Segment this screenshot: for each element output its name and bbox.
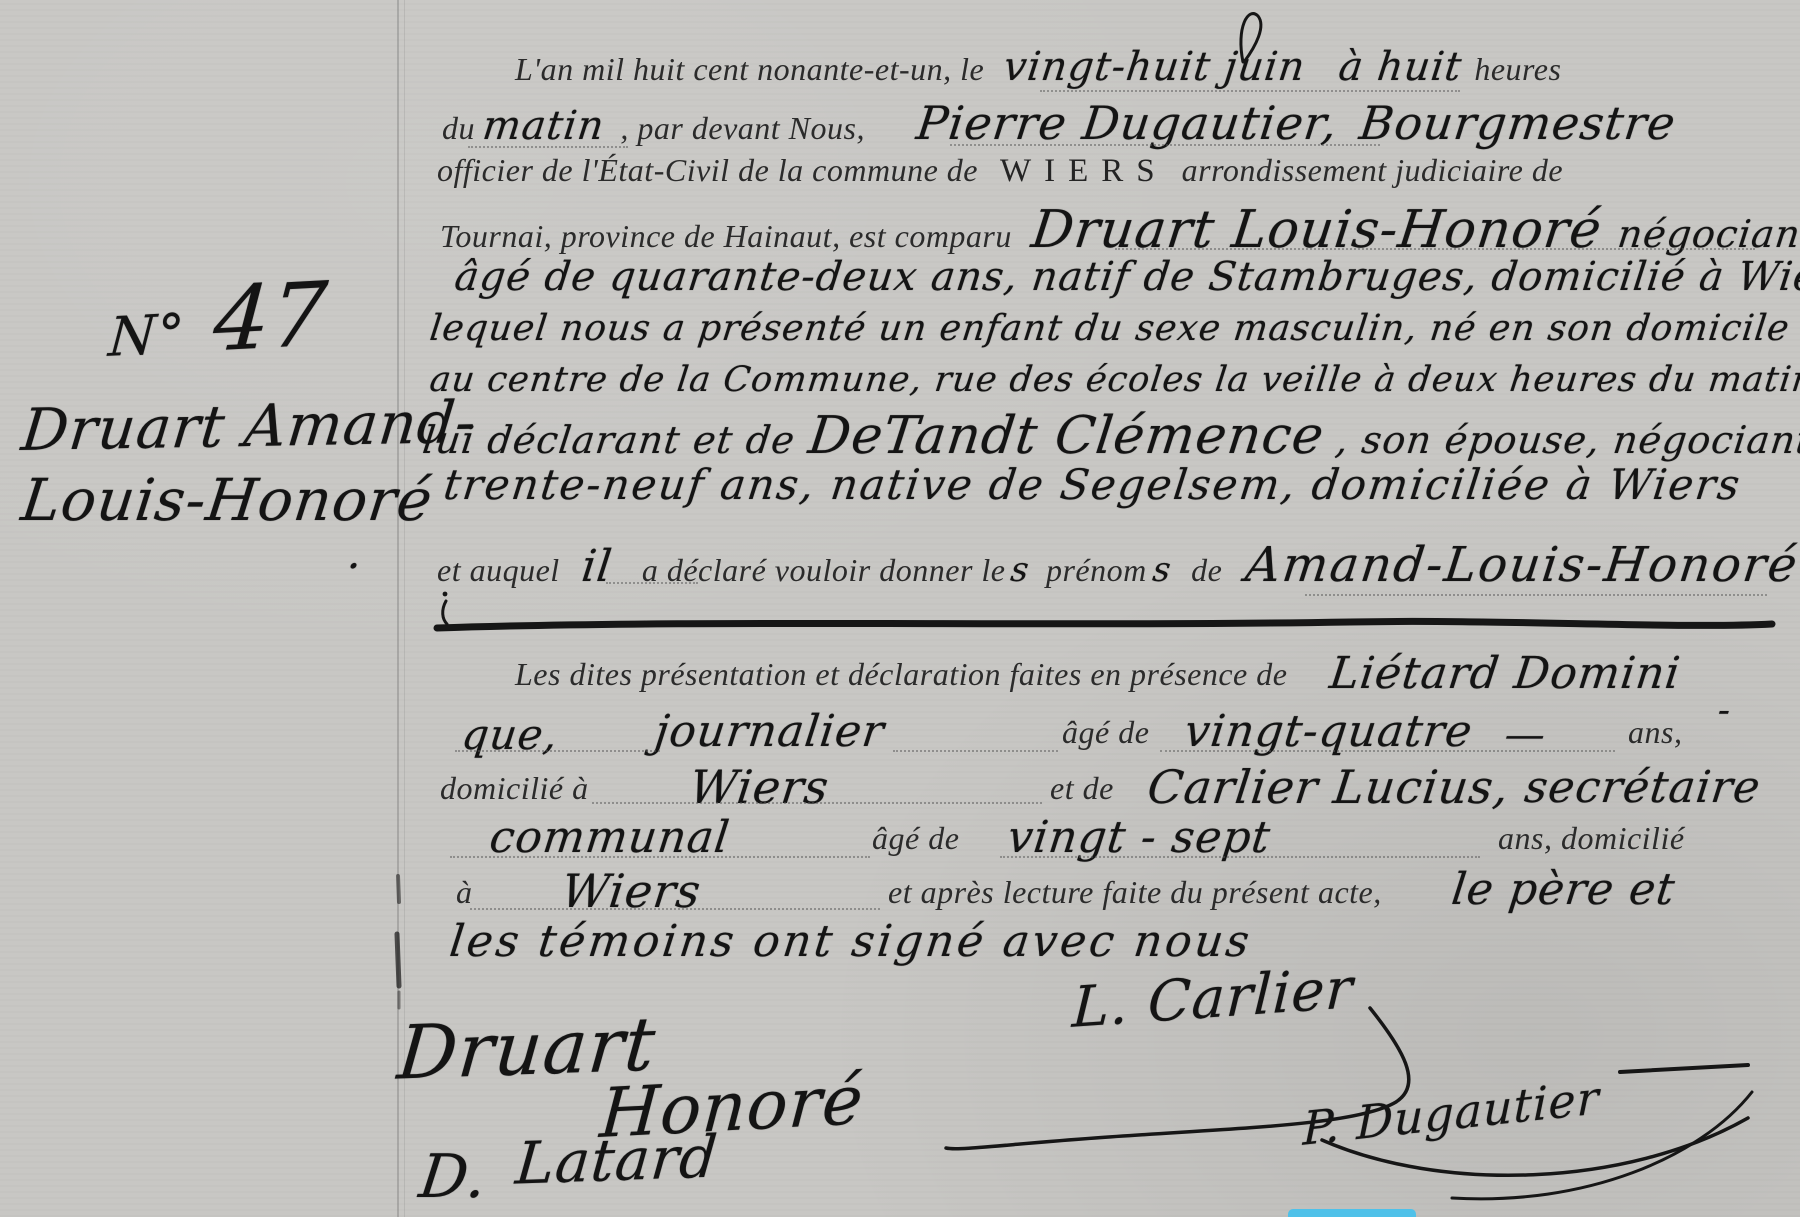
document-page: N° 47 Druart Amand- Louis-Honoré . L'an … — [0, 0, 1800, 1217]
closing-l3-hw-secretaire: secrétaire — [1522, 762, 1764, 813]
act-line-7: au centre de la Commune, rue des écoles … — [430, 360, 1800, 400]
act-l1-printed-heures: heures — [1474, 51, 1561, 87]
signature-latard-initial: D. — [420, 1142, 487, 1212]
act-l3-commune-name: WIERS — [1000, 153, 1168, 189]
signature-latard-name: Latard — [515, 1122, 719, 1197]
act-l2-printed-du: du — [442, 110, 475, 146]
leader-line-matin — [468, 146, 628, 148]
margin-child-name-line2: Louis-Honoré — [22, 466, 433, 534]
act-l1-hw-date: vingt-huit juin — [1001, 44, 1308, 90]
act-l10-hw-s2: s — [1150, 550, 1173, 590]
leader-line-que — [455, 750, 660, 752]
margin-child-name-line1-text: Druart Amand- — [18, 388, 479, 464]
leader-line-vingt-sept — [1000, 856, 1480, 858]
signature-dugautier-text: P. Dugautier — [1302, 1070, 1600, 1156]
closing-l3-hw-witness2-name: Carlier Lucius, — [1145, 760, 1513, 814]
closing-l5-hw-le-pere-et: le père et — [1449, 864, 1678, 915]
closing-l6-hw-text: les témoins ont signé avec nous — [447, 916, 1255, 967]
leader-line-wiers-2 — [470, 908, 880, 910]
act-l4-printed-tournai: Tournai, province de Hainaut, est compar… — [440, 218, 1012, 254]
separator-hook-mark — [443, 601, 447, 624]
leader-line-il — [606, 582, 698, 584]
closing-l3-hw-wiers: Wiers — [687, 760, 833, 814]
act-l10-printed-et-auquel: et auquel — [437, 552, 560, 588]
closing-l1-hw-witness1-name: Liétard Domini — [1327, 648, 1684, 699]
act-l2-hw-officer-title: Bourgmestre — [1356, 96, 1678, 150]
margin-punctuation-text: . — [345, 528, 366, 579]
closing-l1-printed: Les dites présentation et déclaration fa… — [515, 656, 1287, 693]
act-line-10: et auquel il a déclaré vouloir donner le… — [437, 537, 1799, 593]
act-number-label: N° — [107, 302, 188, 369]
act-number: N° 47 — [105, 262, 330, 376]
closing-l4-printed-ans-domicilie: ans, domicilié — [1498, 820, 1685, 857]
act-l2-printed-devant-nous: , par devant Nous, — [620, 110, 865, 146]
closing-l2-hw-profession: journalier — [652, 706, 888, 757]
closing-l2-printed-ans: ans, — [1628, 714, 1682, 751]
signature-latard-initial-text: D. — [416, 1142, 492, 1212]
act-l10-hw-il: il — [579, 541, 615, 592]
act-line-6: lequel nous a présenté un enfant du sexe… — [430, 308, 1800, 349]
act-l8-hw-declarant: lui déclarant et de — [420, 418, 797, 462]
separator-rule-line — [437, 621, 1772, 628]
leader-line-date — [1040, 90, 1460, 92]
act-l10-hw-child-names: Amand-Louis-Honoré — [1243, 537, 1800, 593]
signature-carlier-text: L. Carlier — [1071, 956, 1355, 1041]
closing-l3-printed-et-de: et de — [1050, 770, 1114, 807]
leader-line-wiers-1 — [592, 802, 1042, 804]
act-l9-hw-text: trente-neuf ans, native de Segelsem, dom… — [441, 460, 1744, 509]
act-l8-hw-mother-name: DeTandt Clémence — [805, 406, 1327, 466]
signature-dugautier: P. Dugautier — [1300, 1071, 1602, 1156]
act-l3-printed-arrondissement: arrondissement judiciaire de — [1182, 152, 1563, 188]
closing-l5-printed-a: à — [456, 874, 473, 911]
closing-l5-printed-lecture: et après lecture faite du présent acte, — [888, 874, 1382, 911]
act-l7-hw-text: au centre de la Commune, rue des écoles … — [428, 360, 1800, 400]
act-l3-printed-officier: officier de l'État-Civil de la commune d… — [437, 152, 978, 188]
closing-line-6: les témoins ont signé avec nous — [450, 916, 1252, 967]
act-line-4: Tournai, province de Hainaut, est compar… — [440, 200, 1800, 260]
act-l8-hw-epouse: , son épouse, négociante âgée de — [1333, 418, 1800, 462]
leader-line-declarant — [1115, 248, 1755, 250]
dugautier-dash-stroke — [1620, 1065, 1748, 1072]
act-line-8: lui déclarant et de DeTandt Clémence , s… — [423, 406, 1800, 466]
act-l10-printed-prenom: prénom — [1046, 552, 1147, 588]
margin-child-name-line1: Druart Amand- — [21, 388, 476, 464]
act-l5-hw-text: âgé de quarante-deux ans, natif de Stamb… — [452, 254, 1800, 300]
act-number-value: 47 — [211, 262, 332, 371]
act-line-1: L'an mil huit cent nonante-et-un, le vin… — [515, 44, 1561, 90]
act-l4-hw-declarant-name: Druart Louis-Honoré — [1028, 200, 1605, 260]
act-l10-hw-s1: s — [1009, 550, 1032, 590]
act-l1-hw-hour: à huit — [1337, 44, 1466, 90]
closing-l2-printed-age: âgé de — [1062, 714, 1149, 751]
act-l10-printed-de: de — [1191, 552, 1222, 588]
cyan-ui-tab[interactable] — [1288, 1209, 1416, 1217]
leader-line-journalier — [893, 750, 1058, 752]
act-l1-printed-opening: L'an mil huit cent nonante-et-un, le — [515, 51, 984, 87]
signature-latard-name-text: Latard — [513, 1122, 721, 1197]
leader-line-child-names — [1305, 594, 1767, 596]
closing-l1-hw-hyphen: - — [1715, 690, 1733, 731]
closing-l4-printed-age: âgé de — [872, 820, 959, 857]
leader-line-officer — [950, 144, 1380, 146]
leader-line-communal — [450, 856, 870, 858]
act-line-5: âgé de quarante-deux ans, natif de Stamb… — [455, 254, 1800, 300]
act-line-2: du matin , par devant Nous, Pierre Dugau… — [442, 96, 1675, 150]
closing-l3-printed-domicilie: domicilié à — [440, 770, 589, 807]
act-line-9: trente-neuf ans, native de Segelsem, dom… — [444, 460, 1741, 509]
leader-line-vingt-quatre — [1160, 750, 1615, 752]
signature-carlier: L. Carlier — [1070, 956, 1355, 1040]
act-l6-hw-text: lequel nous a présenté un enfant du sexe… — [427, 308, 1800, 349]
act-l2-hw-officer-name: Pierre Dugautier, — [914, 96, 1341, 150]
act-line-3: officier de l'État-Civil de la commune d… — [437, 152, 1563, 190]
margin-child-name-line2-text: Louis-Honoré — [18, 466, 437, 534]
act-l2-hw-matin: matin — [480, 103, 607, 149]
margin-punctuation: . — [348, 528, 363, 579]
